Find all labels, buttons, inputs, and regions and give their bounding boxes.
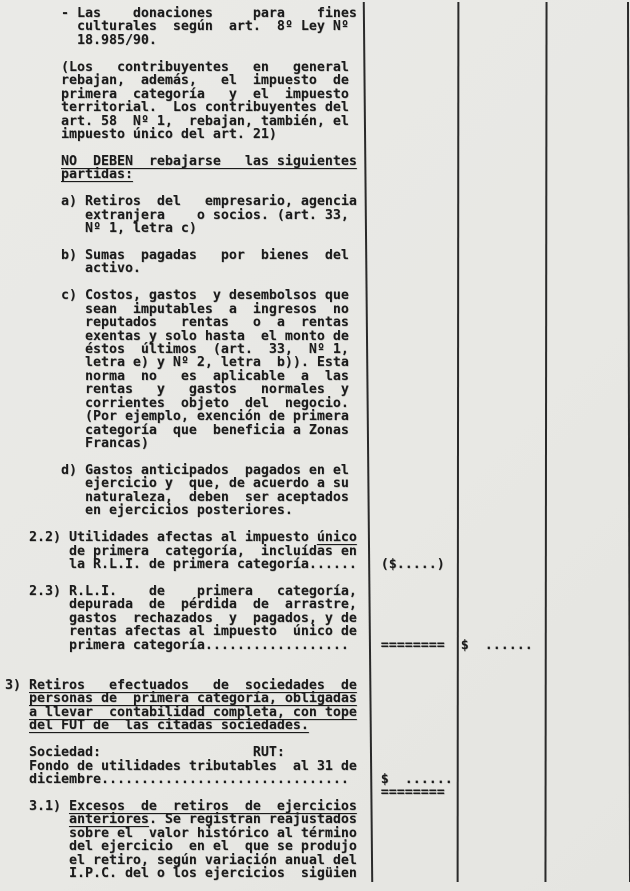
text-line: art. 58 Nº 1, rebajan, también, el	[5, 115, 533, 128]
text-line: primera categoría.................. ====…	[5, 639, 533, 652]
text-line: personas de primera categoría, obligadas	[5, 692, 533, 705]
text-line: extranjera o socios. (art. 33,	[5, 209, 533, 222]
text-line: rebajan, además, el impuesto de	[5, 74, 533, 87]
text-line	[5, 450, 533, 463]
text-line: Fondo de utilidades tributables al 31 de	[5, 760, 533, 773]
text-line	[5, 47, 533, 60]
text-line: Nº 1, letra c)	[5, 222, 533, 235]
text-line: (Por ejemplo, exención de primera	[5, 410, 533, 423]
text-line: c) Costos, gastos y desembolsos que	[5, 289, 533, 302]
text-line: depurada de pérdida de arrastre,	[5, 598, 533, 611]
text-line: del ejercicio en el que se produjo	[5, 840, 533, 853]
text-line	[5, 571, 533, 584]
text-line: 18.985/90.	[5, 34, 533, 47]
text-line: categoría que beneficia a Zonas	[5, 424, 533, 437]
text-line: activo.	[5, 262, 533, 275]
text-line: partidas:	[5, 168, 533, 181]
text-line: Sociedad: RUT:	[5, 746, 533, 759]
text-line: letra e) y Nº 2, letra b)). Esta	[5, 356, 533, 369]
text-line: diciembre...............................…	[5, 773, 533, 786]
text-line: la R.L.I. de primera categoría...... ($.…	[5, 558, 533, 571]
text-line: a) Retiros del empresario, agencia	[5, 195, 533, 208]
underlined-text: único	[317, 530, 357, 545]
document-text: - Las donaciones para fines culturales s…	[5, 7, 533, 880]
text-line: exentas y solo hasta el monto de	[5, 330, 533, 343]
text-line: 2.2) Utilidades afectas al impuesto únic…	[5, 531, 533, 544]
text-line: ejercicio y que, de acuerdo a su	[5, 477, 533, 490]
text-line: territorial. Los contribuyentes del	[5, 101, 533, 114]
underlined-text: del FUT de las citadas sociedades.	[29, 718, 309, 733]
text-line	[5, 141, 533, 154]
scanned-tax-document-page: - Las donaciones para fines culturales s…	[0, 0, 630, 891]
text-line: en ejercicios posteriores.	[5, 504, 533, 517]
text-line	[5, 652, 533, 665]
text-line: de primera categoría, incluídas en	[5, 545, 533, 558]
underlined-text: partidas:	[61, 167, 133, 182]
text-line: del FUT de las citadas sociedades.	[5, 719, 533, 732]
text-line: ========	[5, 786, 533, 799]
text-line: impuesto único del art. 21)	[5, 128, 533, 141]
text-line: rentas afectas al impuesto único de	[5, 625, 533, 638]
underlined-text: anteriores	[69, 812, 149, 827]
column-rule	[544, 2, 547, 882]
text-line	[5, 235, 533, 248]
text-line: Francas)	[5, 437, 533, 450]
text-line: el retiro, según variación anual del	[5, 854, 533, 867]
text-line: anteriores. Se registran reajustados	[5, 813, 533, 826]
text-line: culturales según art. 8º Ley Nº	[5, 20, 533, 33]
text-line: reputados rentas o a rentas	[5, 316, 533, 329]
text-line	[5, 665, 533, 678]
text-line: rentas y gastos normales y	[5, 383, 533, 396]
text-line: I.P.C. del o los ejercicios sigüien	[5, 867, 533, 880]
